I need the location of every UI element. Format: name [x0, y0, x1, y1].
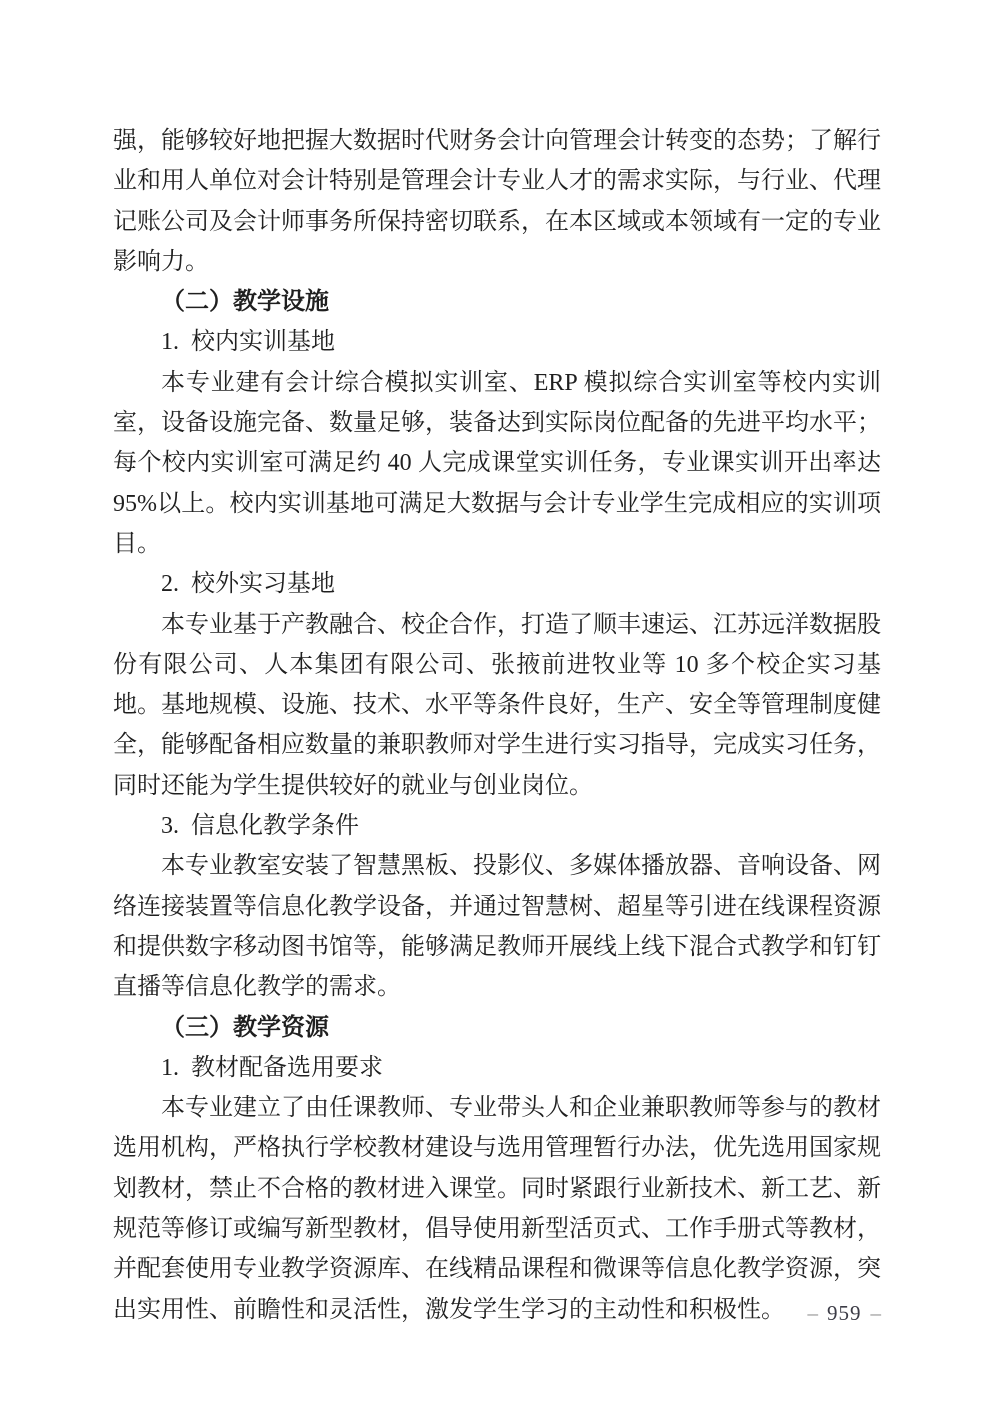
paragraph-off-campus-internship-base: 本专业基于产教融合、校企合作，打造了顺丰速运、江苏远洋数据股份有限公司、人本集团…	[113, 605, 881, 806]
subheading-textbook-selection-requirements: 1. 教材配备选用要求	[113, 1048, 881, 1088]
page-number-dash-right: –	[871, 1301, 882, 1325]
section-heading-teaching-resources: （三）教学资源	[113, 1008, 881, 1048]
section-heading-teaching-facilities: （二）教学设施	[113, 282, 881, 322]
subheading-off-campus-internship-base: 2. 校外实习基地	[113, 564, 881, 604]
document-body: 强，能够较好地把握大数据时代财务会计向管理会计转变的态势；了解行业和用人单位对会…	[113, 121, 881, 1330]
subheading-on-campus-training-base: 1. 校内实训基地	[113, 322, 881, 362]
paragraph-textbook-selection-requirements: 本专业建立了由任课教师、专业带头人和企业兼职教师等参与的教材选用机构，严格执行学…	[113, 1088, 881, 1330]
page-footer: –959–	[808, 1301, 882, 1326]
document-page: 强，能够较好地把握大数据时代财务会计向管理会计转变的态势；了解行业和用人单位对会…	[0, 0, 1000, 1414]
page-number-dash-left: –	[808, 1301, 819, 1325]
paragraph-continued-from-previous-page: 强，能够较好地把握大数据时代财务会计向管理会计转变的态势；了解行业和用人单位对会…	[113, 121, 881, 282]
subheading-informatization-teaching-conditions: 3. 信息化教学条件	[113, 806, 881, 846]
page-number: 959	[818, 1301, 871, 1325]
paragraph-informatization-teaching-conditions: 本专业教室安装了智慧黑板、投影仪、多媒体播放器、音响设备、网络连接装置等信息化教…	[113, 846, 881, 1007]
paragraph-on-campus-training-base: 本专业建有会计综合模拟实训室、ERP 模拟综合实训室等校内实训室，设备设施完备、…	[113, 363, 881, 564]
